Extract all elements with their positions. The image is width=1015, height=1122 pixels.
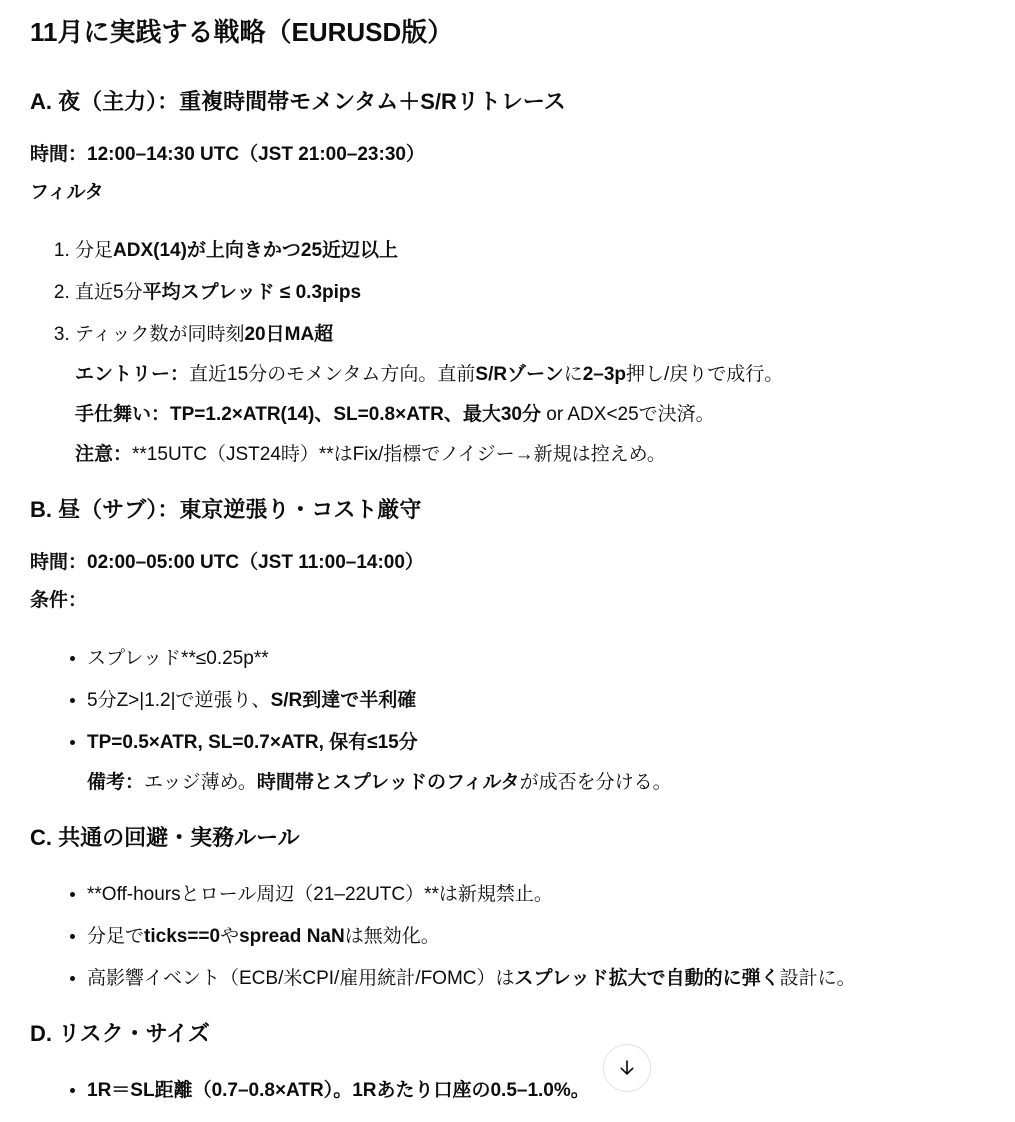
filter-item-1: 分足ADX(14)が上向きかつ25近辺以上 — [75, 234, 987, 268]
exit-rule: 手仕舞い：TP=1.2×ATR(14)、SL=0.8×ATR、最大30分 or … — [75, 398, 987, 432]
page-title: 11月に実践する戦略（EURUSD版） — [30, 14, 987, 50]
b-bullet-3-text: TP=0.5×ATR, SL=0.7×ATR, 保有≤15分 — [87, 732, 418, 753]
section-b-cond-label: 条件： — [30, 584, 987, 618]
c-bullet-2: 分足でticks==0やspread NaNは無効化。 — [87, 920, 987, 954]
filter-item-3: ティック数が同時刻20日MA超 エントリー：直近15分のモメンタム方向。直前S/… — [75, 318, 987, 472]
section-b-heading: B. 昼（サブ）：東京逆張り・コスト厳守 — [30, 494, 987, 526]
section-d-list: 1R＝SL距離（0.7–0.8×ATR）。1Rあたり口座の0.5–1.0%。 — [30, 1074, 987, 1108]
b-bullet-2: 5分Z>|1.2|で逆張り、S/R到達で半利確 — [87, 684, 987, 718]
section-a-heading: A. 夜（主力）：重複時間帯モメンタム＋S/Rリトレース — [30, 86, 987, 118]
d-bullet-1: 1R＝SL距離（0.7–0.8×ATR）。1Rあたり口座の0.5–1.0%。 — [87, 1074, 987, 1108]
caution-note: 注意：**15UTC（JST24時）**はFix/指標でノイジー→新規は控えめ。 — [75, 438, 987, 472]
b-note: 備考：エッジ薄め。時間帯とスプレッドのフィルタが成否を分ける。 — [87, 766, 987, 800]
section-a-filter-list: 分足ADX(14)が上向きかつ25近辺以上 直近5分平均スプレッド ≤ 0.3p… — [30, 234, 987, 472]
section-a-time: 時間：12:00–14:30 UTC（JST 21:00–23:30） — [30, 138, 987, 172]
b-bullet-3: TP=0.5×ATR, SL=0.7×ATR, 保有≤15分 備考：エッジ薄め。… — [87, 726, 987, 800]
section-b-time: 時間：02:00–05:00 UTC（JST 11:00–14:00） — [30, 546, 987, 580]
c-bullet-1: **Off-hoursとロール周辺（21–22UTC）**は新規禁止。 — [87, 878, 987, 912]
section-c-list: **Off-hoursとロール周辺（21–22UTC）**は新規禁止。 分足でt… — [30, 878, 987, 996]
b-bullet-1: スプレッド**≤0.25p** — [87, 642, 987, 676]
entry-rule: エントリー：直近15分のモメンタム方向。直前S/Rゾーンに2–3p押し/戻りで成… — [75, 358, 987, 392]
section-a-filter-label: フィルタ — [30, 176, 987, 210]
section-d-heading: D. リスク・サイズ — [30, 1018, 987, 1050]
scroll-to-bottom-button[interactable] — [603, 1044, 651, 1092]
section-c-heading: C. 共通の回避・実務ルール — [30, 822, 987, 854]
section-b-list: スプレッド**≤0.25p** 5分Z>|1.2|で逆張り、S/R到達で半利確 … — [30, 642, 987, 800]
strategy-document: 11月に実践する戦略（EURUSD版） A. 夜（主力）：重複時間帯モメンタム＋… — [0, 0, 1015, 1108]
down-arrow-icon — [616, 1057, 638, 1079]
c-bullet-3: 高影響イベント（ECB/米CPI/雇用統計/FOMC）はスプレッド拡大で自動的に… — [87, 962, 987, 996]
filter-item-2: 直近5分平均スプレッド ≤ 0.3pips — [75, 276, 987, 310]
filter-item-3-text: ティック数が同時刻20日MA超 — [75, 324, 333, 345]
